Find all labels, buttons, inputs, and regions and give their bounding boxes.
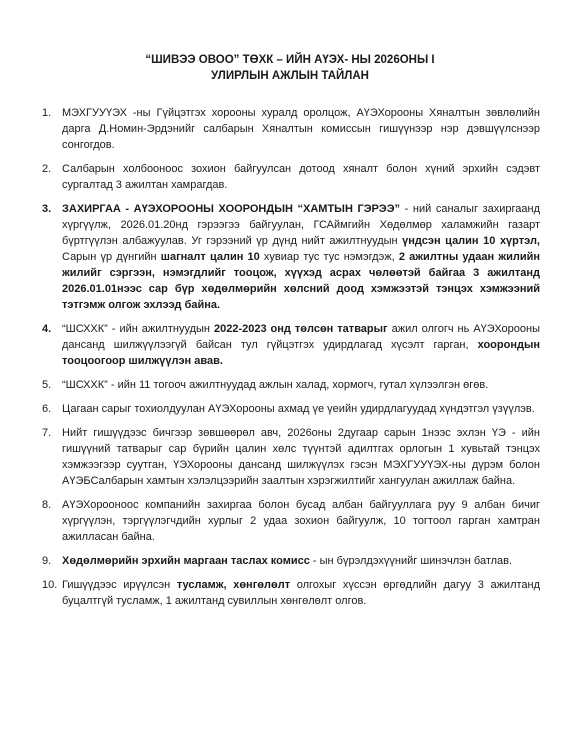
list-item-text: “ШСХХК” - ийн 11 тогооч ажилтнуудад ажлы… <box>62 379 488 391</box>
text-run: “ШСХХК” - ийн 11 тогооч ажилтнуудад ажлы… <box>62 379 488 391</box>
list-item-number: 2. <box>42 161 51 177</box>
list-item: 8.АҮЭХорооноос компанийн захиргаа болон … <box>40 497 540 545</box>
list-item: 6.Цагаан сарыг тохиолдуулан АҮЭХорооны а… <box>40 401 540 417</box>
list-item: 1.МЭХГУУҮЭХ -ны Гүйцэтгэх хорооны хуралд… <box>40 105 540 153</box>
list-item-number: 1. <box>42 105 51 121</box>
list-item-number: 4. <box>42 321 51 337</box>
text-run: Хөдөлмөрийн эрхийн маргаан таслах комисс <box>62 555 310 567</box>
text-run: Сарын үр дүнгийн <box>62 251 161 263</box>
list-item: 7.Нийт гишүүдээс бичгээр зөвшөөрөл авч, … <box>40 425 540 489</box>
list-item-number: 8. <box>42 497 51 513</box>
text-run: хувиар тус тус нэмэгдэж, <box>260 251 399 263</box>
document-title: “ШИВЭЭ ОВОО” ТӨХК – ИЙН АҮЭХ- НЫ 2026ОНЫ… <box>40 52 540 84</box>
list-item-number: 9. <box>42 553 51 569</box>
list-item-text: “ШСХХК” - ийн ажилтнуудын 2022-2023 онд … <box>62 323 540 367</box>
text-run: - ын бүрэлдэхүүнийг шинэчлэн батлав. <box>310 555 512 567</box>
text-run: ЗАХИРГАА - АҮЭХОРООНЫ ХООРОНДЫН “ХАМТЫН … <box>62 203 400 215</box>
text-run: Гишүүдээс ирүүлсэн <box>62 579 177 591</box>
list-item-number: 3. <box>42 201 51 217</box>
text-run: Салбарын холбооноос зохион байгуулсан до… <box>62 163 540 191</box>
text-run: 2022-2023 онд төлсөн татварыг <box>214 323 388 335</box>
list-item: 9.Хөдөлмөрийн эрхийн маргаан таслах коми… <box>40 553 540 569</box>
text-run: МЭХГУУҮЭХ -ны Гүйцэтгэх хорооны хуралд о… <box>62 107 540 151</box>
list-item-number: 6. <box>42 401 51 417</box>
list-item-text: МЭХГУУҮЭХ -ны Гүйцэтгэх хорооны хуралд о… <box>62 107 540 151</box>
text-run: шагналт цалин 10 <box>161 251 260 263</box>
text-run: Нийт гишүүдээс бичгээр зөвшөөрөл авч, 20… <box>62 427 540 487</box>
list-item-text: Нийт гишүүдээс бичгээр зөвшөөрөл авч, 20… <box>62 427 540 487</box>
document-page: “ШИВЭЭ ОВОО” ТӨХК – ИЙН АҮЭХ- НЫ 2026ОНЫ… <box>0 0 579 750</box>
report-list: 1.МЭХГУУҮЭХ -ны Гүйцэтгэх хорооны хуралд… <box>40 105 540 609</box>
text-run: үндсэн цалин 10 хүртэл, <box>402 235 540 247</box>
list-item: 4.“ШСХХК” - ийн ажилтнуудын 2022-2023 он… <box>40 321 540 369</box>
list-item-text: АҮЭХорооноос компанийн захиргаа болон бу… <box>62 499 540 543</box>
list-item: 10.Гишүүдээс ирүүлсэн тусламж, хөнгөлөлт… <box>40 577 540 609</box>
text-run: “ШСХХК” - ийн ажилтнуудын <box>62 323 214 335</box>
list-item: 2.Салбарын холбооноос зохион байгуулсан … <box>40 161 540 193</box>
document-title-line2: УЛИРЛЫН АЖЛЫН ТАЙЛАН <box>40 68 540 84</box>
list-item-text: ЗАХИРГАА - АҮЭХОРООНЫ ХООРОНДЫН “ХАМТЫН … <box>62 203 540 311</box>
list-item-number: 5. <box>42 377 51 393</box>
list-item-text: Салбарын холбооноос зохион байгуулсан до… <box>62 163 540 191</box>
list-item-text: Гишүүдээс ирүүлсэн тусламж, хөнгөлөлт ол… <box>62 579 540 607</box>
list-item: 3.ЗАХИРГАА - АҮЭХОРООНЫ ХООРОНДЫН “ХАМТЫ… <box>40 201 540 313</box>
list-item-number: 7. <box>42 425 51 441</box>
list-item: 5.“ШСХХК” - ийн 11 тогооч ажилтнуудад аж… <box>40 377 540 393</box>
text-run: Цагаан сарыг тохиолдуулан АҮЭХорооны ахм… <box>62 403 535 415</box>
list-item-text: Цагаан сарыг тохиолдуулан АҮЭХорооны ахм… <box>62 403 535 415</box>
list-item-number: 10. <box>42 577 57 593</box>
document-title-line1: “ШИВЭЭ ОВОО” ТӨХК – ИЙН АҮЭХ- НЫ 2026ОНЫ… <box>40 52 540 68</box>
list-item-text: Хөдөлмөрийн эрхийн маргаан таслах комисс… <box>62 555 512 567</box>
text-run: АҮЭХорооноос компанийн захиргаа болон бу… <box>62 499 540 543</box>
text-run: тусламж, хөнгөлөлт <box>177 579 290 591</box>
